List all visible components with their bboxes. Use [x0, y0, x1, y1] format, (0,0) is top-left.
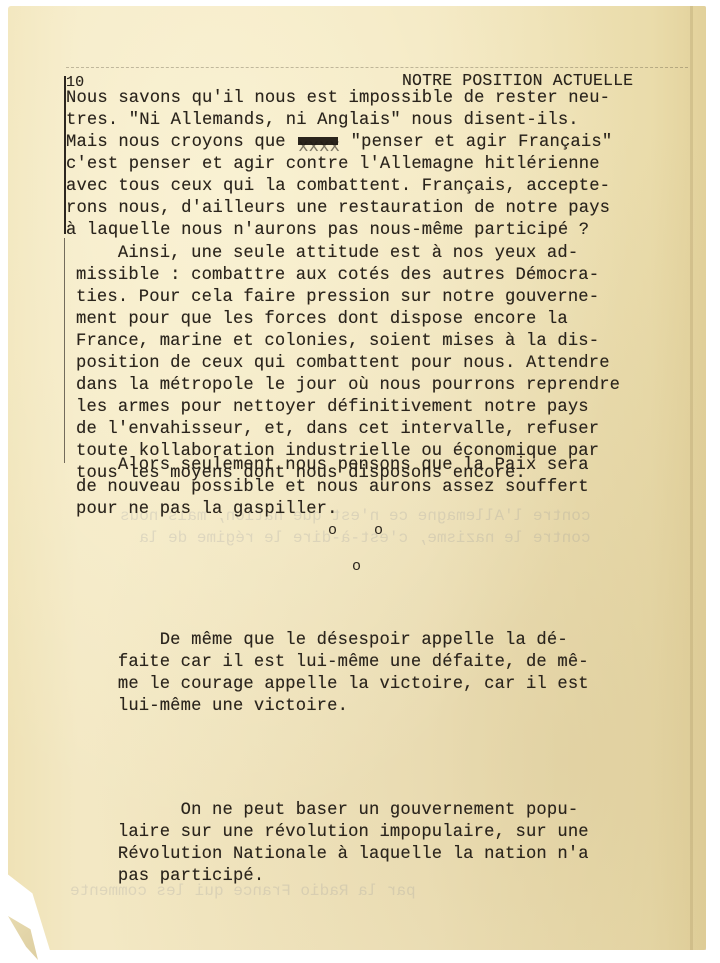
- text-line: faite car il est lui-même une défaite, d…: [76, 652, 589, 674]
- text-line: Nous savons qu'il nous est impossible de…: [66, 88, 612, 110]
- text-line: France, marine et colonies, soient mises…: [76, 331, 620, 353]
- text-line: à laquelle nous n'aurons pas nous-même p…: [66, 220, 612, 242]
- paragraph-1: Nous savons qu'il nous est impossible de…: [66, 88, 612, 242]
- text-line: c'est penser et agir contre l'Allemagne …: [66, 154, 612, 176]
- text-line: missible : combattre aux cotés des autre…: [76, 265, 620, 287]
- paragraph-5: On ne peut baser un gouvernement popu- l…: [76, 800, 589, 888]
- text-line: ties. Pour cela faire pression sur notre…: [76, 287, 620, 309]
- paragraph-3: Alors seulement nous pensons que la Paix…: [76, 455, 589, 521]
- text-line: les armes pour nettoyer définitivement n…: [76, 397, 620, 419]
- text-line: ment pour que les forces dont dispose en…: [76, 309, 620, 331]
- text-line: me le courage appelle la victoire, car i…: [76, 674, 589, 696]
- text-line: avec tous ceux qui la combattent. França…: [66, 176, 612, 198]
- text-line: lui-même une victoire.: [76, 696, 589, 718]
- separator-mark: o: [352, 558, 361, 575]
- header-rule: [66, 67, 688, 69]
- text-line: Ainsi, une seule attitude est à nos yeux…: [76, 243, 620, 265]
- folded-corner: [8, 916, 38, 960]
- text-line: rons nous, d'ailleurs une restauration d…: [66, 198, 612, 220]
- text-line: de nouveau possible et nous aurons assez…: [76, 477, 589, 499]
- margin-line: [64, 238, 65, 463]
- text-line: laire sur une révolution impopulaire, su…: [76, 822, 589, 844]
- text-line: De même que le désespoir appelle la dé-: [76, 630, 589, 652]
- text-line: tres. "Ni Allemands, ni Anglais" nous di…: [66, 110, 612, 132]
- separator-mark: o: [374, 522, 383, 539]
- text-line: dans la métropole le jour où nous pourro…: [76, 375, 620, 397]
- separator-mark: o: [328, 522, 337, 539]
- paragraph-2: Ainsi, une seule attitude est à nos yeux…: [76, 243, 620, 485]
- paper-crease: [690, 6, 693, 950]
- text-line: Alors seulement nous pensons que la Paix…: [76, 455, 589, 477]
- text-line: de l'envahisseur, et, dans cet intervall…: [76, 419, 620, 441]
- text-line: pas participé.: [76, 866, 589, 888]
- text-line: Mais nous croyons que xxxx "penser et ag…: [66, 132, 612, 154]
- struck-out-word: xxxx: [298, 137, 338, 145]
- text-line: position de ceux qui combattent pour nou…: [76, 353, 620, 375]
- text-line: pour ne pas la gaspiller.: [76, 499, 589, 521]
- paragraph-4: De même que le désespoir appelle la dé- …: [76, 630, 589, 718]
- text-line: On ne peut baser un gouvernement popu-: [76, 800, 589, 822]
- text-line: Révolution Nationale à laquelle la natio…: [76, 844, 589, 866]
